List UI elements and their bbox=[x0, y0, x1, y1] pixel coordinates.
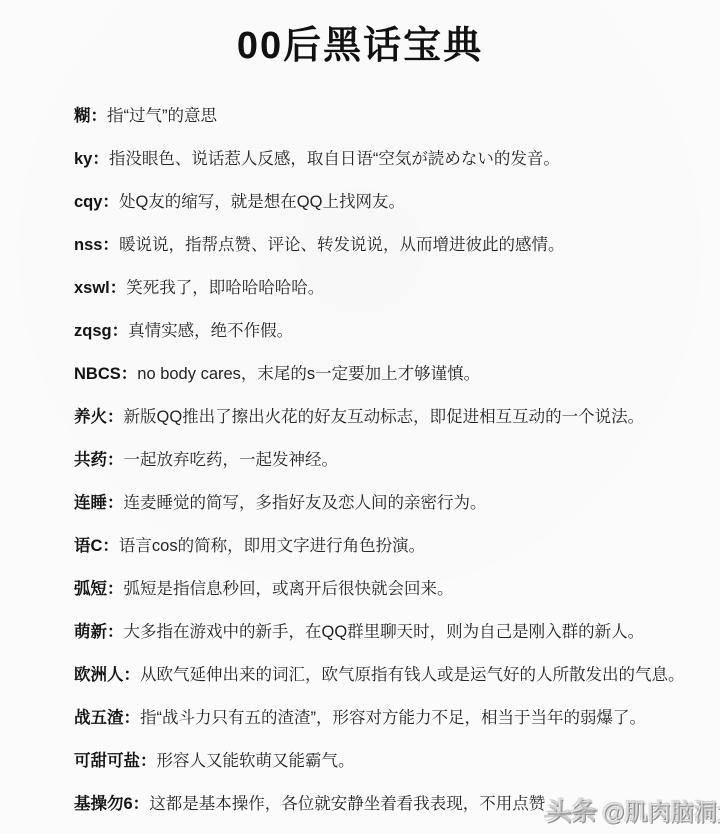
watermark-toutiao-logo: 头条 bbox=[546, 792, 596, 828]
slang-definition: 形容人又能软萌又能霸气。 bbox=[157, 752, 355, 770]
watermark-author-handle: @肌肉脑洞大叔 bbox=[602, 799, 720, 825]
slang-definition: no body cares，末尾的s一定要加上才够谨慎。 bbox=[137, 365, 480, 383]
slang-term: 语C： bbox=[74, 537, 119, 555]
slang-definition: 指没眼色、说话惹人反感，取自日语“空気が読めない的发音。 bbox=[109, 150, 560, 168]
slang-entry: xswl：笑死我了，即哈哈哈哈哈。 bbox=[74, 278, 712, 299]
slang-entry: 可甜可盐：形容人又能软萌又能霸气。 bbox=[74, 751, 712, 772]
slang-entry: nss：暖说说，指帮点赞、评论、转发说说，从而增进彼此的感情。 bbox=[74, 235, 712, 256]
slang-definition: 笑死我了，即哈哈哈哈哈。 bbox=[126, 279, 324, 297]
slang-term: 萌新： bbox=[74, 623, 124, 641]
slang-entry: 糊：指“过气”的意思 bbox=[74, 106, 712, 127]
slang-entry: ky：指没眼色、说话惹人反感，取自日语“空気が読めない的发音。 bbox=[74, 149, 712, 170]
slang-entry: 萌新：大多指在游戏中的新手，在QQ群里聊天时，则为自己是刚入群的新人。 bbox=[74, 622, 712, 643]
slang-entry: 语C：语言cos的简称，即用文字进行角色扮演。 bbox=[74, 536, 712, 557]
slang-entry: 弧短：弧短是指信息秒回，或离开后很快就会回来。 bbox=[74, 579, 712, 600]
slang-term: xswl： bbox=[74, 279, 126, 297]
slang-term: 弧短： bbox=[74, 580, 124, 598]
entry-list: 糊：指“过气”的意思 ky：指没眼色、说话惹人反感，取自日语“空気が読めない的发… bbox=[0, 106, 720, 815]
slang-definition: 这都是基本操作，各位就安静坐着看我表现，不用点赞 bbox=[149, 795, 545, 813]
slang-definition: 真情实感，绝不作假。 bbox=[128, 322, 293, 340]
slang-definition: 语言cos的简称，即用文字进行角色扮演。 bbox=[119, 537, 425, 555]
slang-term: 基操勿6： bbox=[74, 795, 149, 813]
slang-definition: 暖说说，指帮点赞、评论、转发说说，从而增进彼此的感情。 bbox=[119, 236, 565, 254]
slang-definition: 从欧气延伸出来的词汇，欧气原指有钱人或是运气好的人所散发出的气息。 bbox=[140, 666, 685, 684]
slang-definition: 一起放弃吃药，一起发神经。 bbox=[124, 451, 339, 469]
slang-term: 糊： bbox=[74, 107, 107, 125]
slang-entry: 战五渣：指“战斗力只有五的渣渣”，形容对方能力不足，相当于当年的弱爆了。 bbox=[74, 708, 712, 729]
slang-definition: 连麦睡觉的简写，多指好友及恋人间的亲密行为。 bbox=[124, 494, 487, 512]
slang-term: nss： bbox=[74, 236, 119, 254]
slang-entry: NBCS：no body cares，末尾的s一定要加上才够谨慎。 bbox=[74, 364, 712, 385]
slang-entry: 养火：新版QQ推出了擦出火花的好友互动标志，即促进相互互动的一个说法。 bbox=[74, 407, 712, 428]
slang-term: 共药： bbox=[74, 451, 124, 469]
slang-definition: 处Q友的缩写，就是想在QQ上找网友。 bbox=[119, 193, 405, 211]
document-page: 00后黑话宝典 糊：指“过气”的意思 ky：指没眼色、说话惹人反感，取自日语“空… bbox=[0, 0, 720, 834]
slang-term: 欧洲人： bbox=[74, 666, 140, 684]
slang-term: cqy： bbox=[74, 193, 119, 211]
page-title: 00后黑话宝典 bbox=[0, 0, 720, 66]
slang-entry: zqsg：真情实感，绝不作假。 bbox=[74, 321, 712, 342]
slang-entry: 共药：一起放弃吃药，一起发神经。 bbox=[74, 450, 712, 471]
slang-entry: cqy：处Q友的缩写，就是想在QQ上找网友。 bbox=[74, 192, 712, 213]
slang-term: 可甜可盐： bbox=[74, 752, 157, 770]
watermark: 头条@肌肉脑洞大叔 bbox=[546, 792, 720, 828]
slang-term: NBCS： bbox=[74, 365, 137, 383]
slang-term: ky： bbox=[74, 150, 109, 168]
slang-term: 连睡： bbox=[74, 494, 124, 512]
slang-entry: 连睡：连麦睡觉的简写，多指好友及恋人间的亲密行为。 bbox=[74, 493, 712, 514]
slang-definition: 指“过气”的意思 bbox=[107, 107, 217, 125]
slang-entry: 欧洲人：从欧气延伸出来的词汇，欧气原指有钱人或是运气好的人所散发出的气息。 bbox=[74, 665, 712, 686]
slang-term: 养火： bbox=[74, 408, 124, 426]
slang-term: zqsg： bbox=[74, 322, 128, 340]
slang-definition: 大多指在游戏中的新手，在QQ群里聊天时，则为自己是刚入群的新人。 bbox=[124, 623, 645, 641]
slang-definition: 指“战斗力只有五的渣渣”，形容对方能力不足，相当于当年的弱爆了。 bbox=[140, 709, 646, 727]
slang-term: 战五渣： bbox=[74, 709, 140, 727]
slang-definition: 新版QQ推出了擦出火花的好友互动标志，即促进相互互动的一个说法。 bbox=[124, 408, 645, 426]
slang-definition: 弧短是指信息秒回，或离开后很快就会回来。 bbox=[124, 580, 454, 598]
